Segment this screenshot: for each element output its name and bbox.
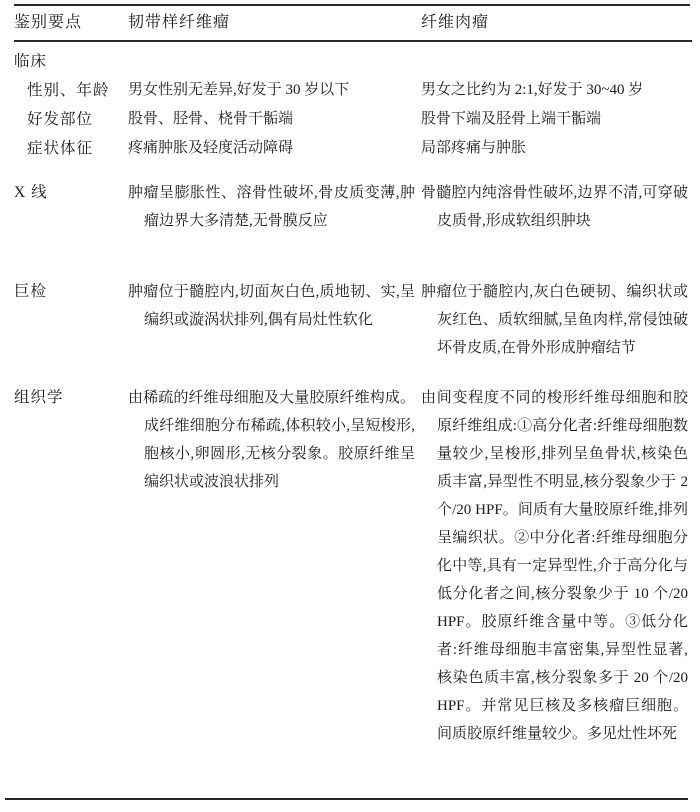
cell-desmoid: 肿瘤呈膨胀性、溶骨性破坏,骨皮质变薄,肿瘤边界大多清楚,无骨膜反应	[128, 179, 421, 235]
row-label: 巨检	[14, 278, 128, 306]
row-label: 好发部位	[14, 105, 128, 134]
cell-desmoid: 疼痛肿胀及轻度活动障碍	[128, 134, 421, 163]
cell-desmoid: 由稀疏的纤维母细胞及大量胶原纤维构成。成纤维细胞分布稀疏,体积较小,呈短梭形,胞…	[128, 384, 421, 496]
differential-diagnosis-table: 鉴别要点 韧带样纤维瘤 纤维肉瘤 临床 性别、年龄 男女性别无差异,好发于 30…	[0, 4, 700, 748]
header-desmoid-fibroma: 韧带样纤维瘤	[128, 6, 421, 40]
cell-fibrosarcoma: 男女之比约为 2:1,好发于 30~40 岁	[421, 76, 692, 105]
row-label: 症状体征	[14, 134, 128, 163]
row-clinical: 临床	[14, 47, 692, 76]
table-header-border	[14, 40, 692, 42]
header-fibrosarcoma: 纤维肉瘤	[421, 6, 692, 40]
row-sex-age: 性别、年龄 男女性别无差异,好发于 30 岁以下 男女之比约为 2:1,好发于 …	[14, 76, 692, 105]
row-gross-examination: 巨检 肿瘤位于髓腔内,切面灰白色,质地韧、实,呈编织或漩涡状排列,偶有局灶性软化…	[14, 278, 692, 362]
cell-desmoid: 肿瘤位于髓腔内,切面灰白色,质地韧、实,呈编织或漩涡状排列,偶有局灶性软化	[128, 278, 421, 334]
cell-fibrosarcoma: 由间变程度不同的梭形纤维母细胞和胶原纤维组成:①高分化者:纤维母细胞数量较少,呈…	[421, 384, 692, 748]
row-symptoms-signs: 症状体征 疼痛肿胀及轻度活动障碍 局部疼痛与肿胀	[14, 134, 692, 163]
table-bottom-border	[5, 798, 688, 800]
row-label: 临床	[14, 47, 128, 76]
row-label: 组织学	[14, 384, 128, 412]
cell-desmoid: 股骨、胫骨、桡骨干骺端	[128, 105, 421, 134]
cell-fibrosarcoma: 股骨下端及胫骨上端干骺端	[421, 105, 692, 134]
table-body: 临床 性别、年龄 男女性别无差异,好发于 30 岁以下 男女之比约为 2:1,好…	[14, 47, 692, 748]
cell-fibrosarcoma: 骨髓腔内纯溶骨性破坏,边界不清,可穿破皮质骨,形成软组织肿块	[421, 179, 692, 235]
header-criteria: 鉴别要点	[14, 6, 128, 40]
row-label: X 线	[14, 179, 128, 207]
scanned-textbook-page: 鉴别要点 韧带样纤维瘤 纤维肉瘤 临床 性别、年龄 男女性别无差异,好发于 30…	[0, 0, 700, 812]
cell-desmoid: 男女性别无差异,好发于 30 岁以下	[128, 76, 421, 105]
cell-fibrosarcoma: 局部疼痛与肿胀	[421, 134, 692, 163]
cell-fibrosarcoma: 肿瘤位于髓腔内,灰白色硬韧、编织状或灰红色、质软细腻,呈鱼肉样,常侵蚀破坏骨皮质…	[421, 278, 692, 362]
row-label: 性别、年龄	[14, 76, 128, 105]
row-histology: 组织学 由稀疏的纤维母细胞及大量胶原纤维构成。成纤维细胞分布稀疏,体积较小,呈短…	[14, 384, 692, 748]
row-xray: X 线 肿瘤呈膨胀性、溶骨性破坏,骨皮质变薄,肿瘤边界大多清楚,无骨膜反应 骨髓…	[14, 179, 692, 235]
row-common-sites: 好发部位 股骨、胫骨、桡骨干骺端 股骨下端及胫骨上端干骺端	[14, 105, 692, 134]
table-header-row: 鉴别要点 韧带样纤维瘤 纤维肉瘤	[14, 6, 692, 40]
